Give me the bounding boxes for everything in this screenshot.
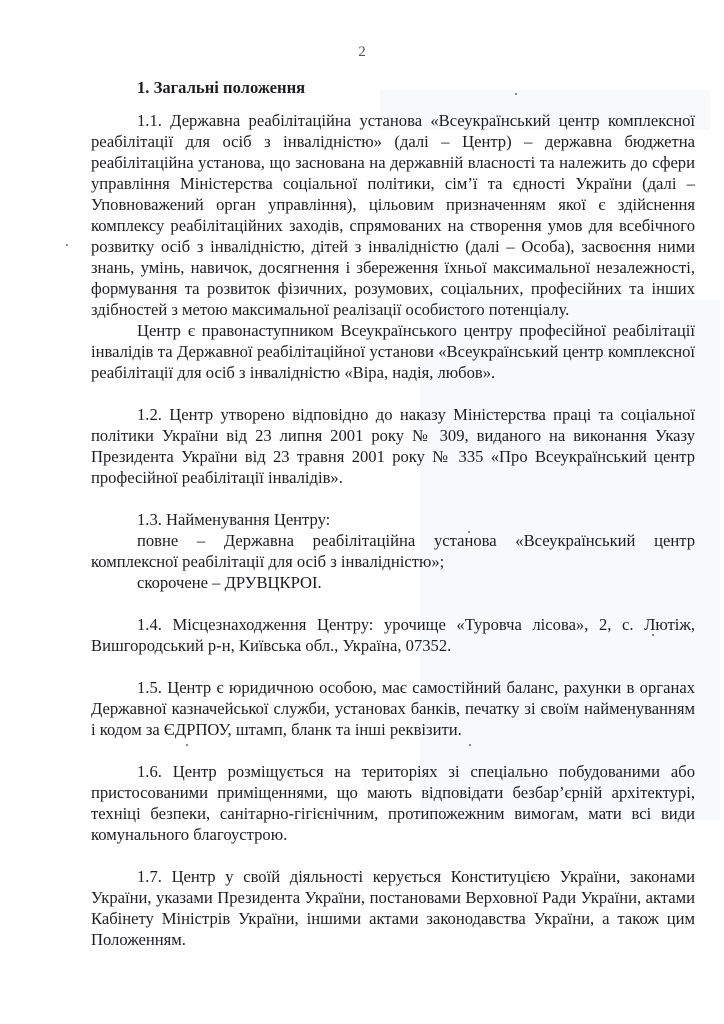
scan-speck [468, 531, 470, 533]
scan-speck [469, 744, 471, 746]
paragraph-1-4: 1.4. Місцезнаходження Центру: урочище «Т… [91, 614, 695, 656]
scan-speck [186, 744, 188, 746]
scan-speck [515, 93, 517, 95]
scan-speck [652, 634, 654, 636]
paragraph-1-3: 1.3. Найменування Центру: [91, 509, 695, 530]
paragraph-1-1: 1.1. Державна реабілітаційна установа «В… [91, 110, 695, 320]
paragraph-1-6: 1.6. Центр розміщується на територіях зі… [91, 761, 695, 845]
scan-speck [66, 244, 68, 246]
document-body: 1. Загальні положення 1.1. Державна реаб… [91, 77, 695, 950]
paragraph-1-5: 1.5. Центр є юридичною особою, має самос… [91, 677, 695, 740]
paragraph-1-3-short-name: скорочене – ДРУВЦКРОІ. [91, 572, 695, 593]
paragraph-1-2: 1.2. Центр утворено відповідно до наказу… [91, 404, 695, 488]
section-heading: 1. Загальні положення [137, 77, 695, 98]
paragraph-1-7: 1.7. Центр у своїй діяльності керується … [91, 866, 695, 950]
paragraph-1-3-full-name: повне – Державна реабілітаційна установа… [91, 530, 695, 572]
paragraph-1-1-successor: Центр є правонаступником Всеукраїнського… [91, 320, 695, 383]
document-page: 2 1. Загальні положення 1.1. Державна ре… [0, 0, 724, 1024]
page-number: 2 [0, 44, 724, 61]
